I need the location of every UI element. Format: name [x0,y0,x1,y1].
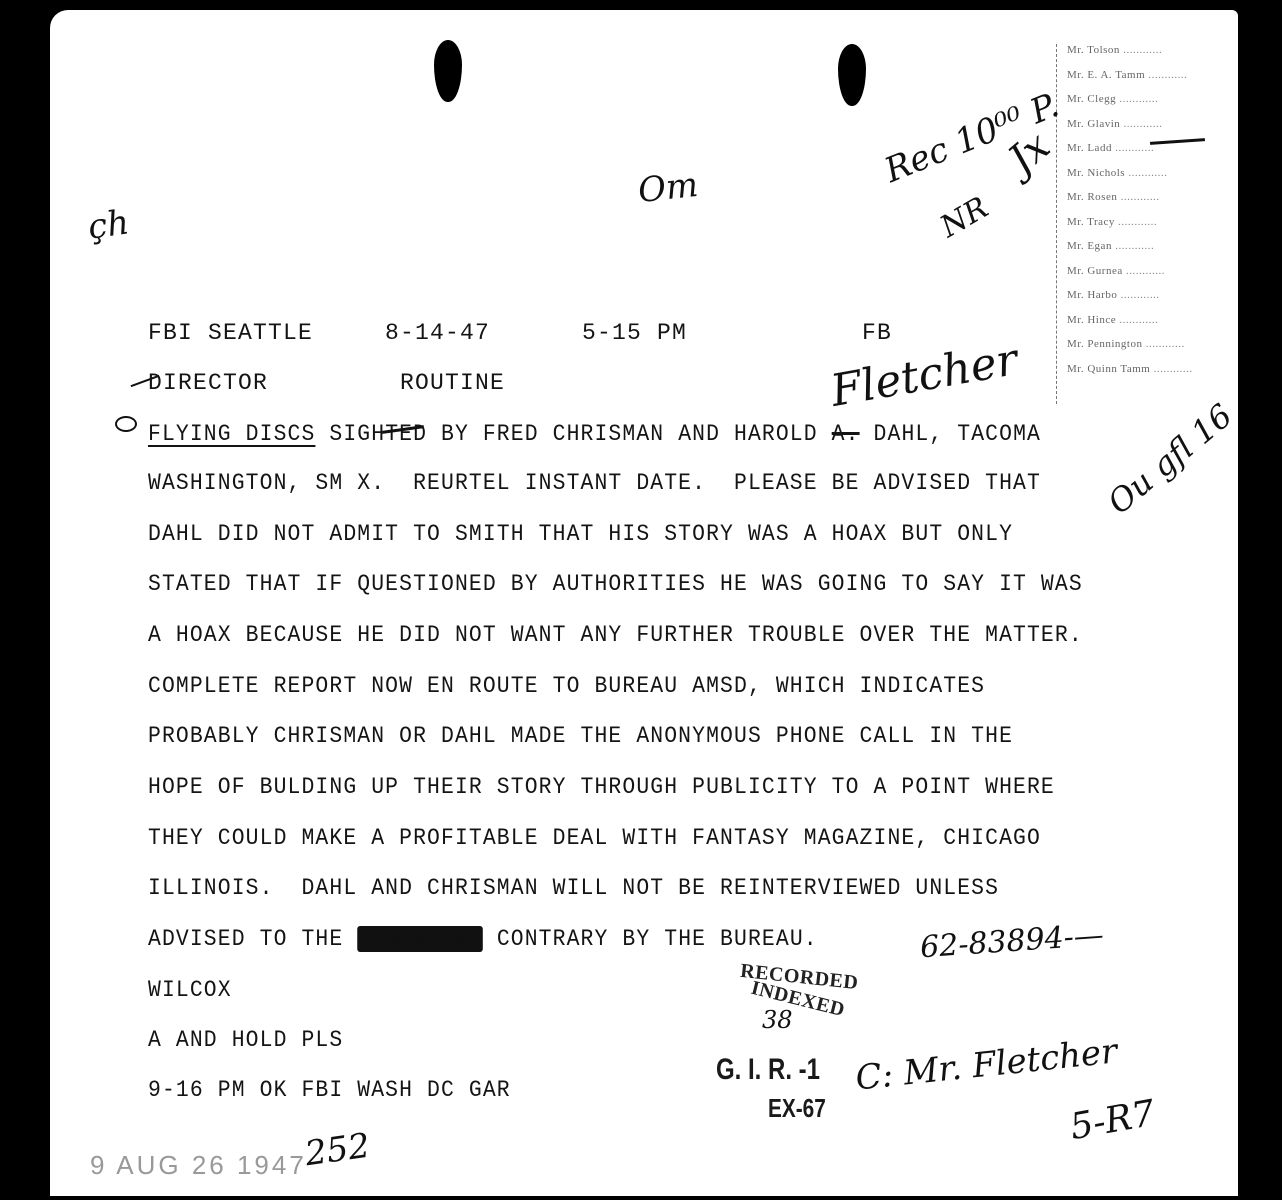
body-line: A HOAX BECAUSE HE DID NOT WANT ANY FURTH… [148,622,1083,648]
routing-list: Mr. Tolson Mr. E. A. Tamm Mr. Clegg Mr. … [1056,44,1227,404]
body-line-subject: FLYING DISCS SIGHTED BY FRED CHRISMAN AN… [148,421,1041,447]
header-time: 5-15 PM [582,320,687,346]
ack-line: 9-16 PM OK FBI WASH DC GAR [148,1077,511,1103]
header-from: FBI SEATTLE [148,320,313,346]
header-to: DIRECTOR [148,370,268,396]
body-line: COMPLETE REPORT NOW EN ROUTE TO BUREAU A… [148,673,985,699]
ex-stamp: EX-67 [768,1093,826,1124]
routing-item: Mr. Nichols [1057,167,1227,192]
routing-item: Mr. Hince [1057,314,1227,339]
routing-item: Mr. Pennington [1057,338,1227,363]
body-line: ILLINOIS. DAHL AND CHRISMAN WILL NOT BE … [148,875,999,901]
body-line: DAHL DID NOT ADMIT TO SMITH THAT HIS STO… [148,521,1013,547]
body-line: STATED THAT IF QUESTIONED BY AUTHORITIES… [148,571,1083,597]
body-text: DAHL, TACOMA [860,421,1041,447]
header-priority: ROUTINE [400,370,505,396]
routing-item: Mr. Harbo [1057,289,1227,314]
redacted-strikeout: CONTRARRY [357,926,483,952]
body-text: CONTRARY BY THE BUREAU. [483,926,818,952]
header-code: FB [862,320,892,346]
header-date: 8-14-47 [385,320,490,346]
subject-caption: FLYING DISCS [148,421,315,447]
body-line-last: ADVISED TO THE CONTRARRY CONTRARY BY THE… [148,926,818,952]
routing-item: Mr. Egan [1057,240,1227,265]
punch-hole [434,40,462,102]
routing-item: Mr. Quinn Tamm [1057,363,1227,388]
body-text: ADVISED TO THE [148,926,357,952]
routing-item: Mr. Rosen [1057,191,1227,216]
routing-item: Mr. E. A. Tamm [1057,69,1227,94]
punch-hole [838,44,866,106]
handwritten-left-initial: çh [85,202,131,247]
ack-line: A AND HOLD PLS [148,1027,343,1053]
struck-text: A. [832,421,860,447]
signature-line: WILCOX [148,977,232,1003]
body-text: SIGHTED BY FRED [315,421,538,447]
routing-item: Mr. Gurnea [1057,265,1227,290]
margin-mark [115,416,137,432]
body-text: CHRISMAN AND HAROLD [539,421,832,447]
body-line: WASHINGTON, SM X. REURTEL INSTANT DATE. … [148,470,1041,496]
gir-label: G. I. R. -1 [716,1053,820,1087]
body-line: HOPE OF BULDING UP THEIR STORY THROUGH P… [148,774,1055,800]
routing-item: Mr. Ladd [1057,142,1227,167]
routing-item: Mr. Tracy [1057,216,1227,241]
body-line: THEY COULD MAKE A PROFITABLE DEAL WITH F… [148,825,1041,851]
handwritten-initials: Om [636,165,700,211]
body-line: PROBABLY CHRISMAN OR DAHL MADE THE ANONY… [148,723,1013,749]
routing-item: Mr. Clegg [1057,93,1227,118]
stamp-number: 38 [762,1006,793,1034]
routing-item: Mr. Tolson [1057,44,1227,69]
faint-date-stamp: 9 AUG 26 1947 [90,1150,307,1181]
